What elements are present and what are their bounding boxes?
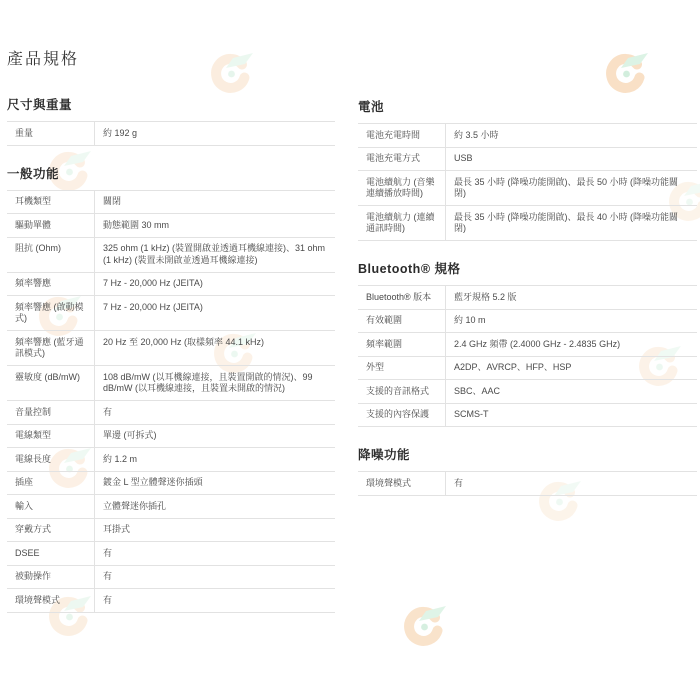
- spec-table: 重量約 192 g: [7, 121, 335, 146]
- spec-value: 立體聲迷你插孔: [95, 495, 336, 519]
- spec-row: 電線類型單邊 (可拆式): [7, 424, 335, 448]
- spec-label: 電線類型: [7, 424, 95, 448]
- spec-row: 重量約 192 g: [7, 122, 335, 146]
- page-title: 產品規格: [7, 49, 335, 71]
- spec-label: 耳機類型: [7, 190, 95, 214]
- spec-row: 插座鍍金 L 型立體聲迷你插頭: [7, 471, 335, 495]
- spec-row: 支援的內容保護SCMS-T: [358, 403, 697, 427]
- spec-row: 阻抗 (Ohm)325 ohm (1 kHz) (裝置開啟並透過耳機線連接)、3…: [7, 237, 335, 272]
- spec-value: 20 Hz 至 20,000 Hz (取樣頻率 44.1 kHz): [95, 331, 336, 366]
- spec-label: 頻率範圍: [358, 333, 446, 357]
- spec-value: 2.4 GHz 頻帶 (2.4000 GHz - 2.4835 GHz): [446, 333, 698, 357]
- spec-label: Bluetooth® 版本: [358, 286, 446, 310]
- spec-table: Bluetooth® 版本藍牙規格 5.2 版有效範圍約 10 m頻率範圍2.4…: [358, 285, 697, 427]
- spec-value: 最長 35 小時 (降噪功能開啟)、最長 40 小時 (降噪功能關閉): [446, 206, 698, 241]
- spec-label: 環境聲模式: [358, 472, 446, 496]
- spec-value: 有: [95, 401, 336, 425]
- spec-label: 支援的音訊格式: [358, 380, 446, 404]
- spec-value: 動態範圍 30 mm: [95, 214, 336, 238]
- spec-value: USB: [446, 147, 698, 171]
- section-heading: 電池: [358, 99, 697, 115]
- spec-row: 輸入立體聲迷你插孔: [7, 495, 335, 519]
- spec-label: 靈敏度 (dB/mW): [7, 366, 95, 401]
- spec-value: 7 Hz - 20,000 Hz (JEITA): [95, 296, 336, 331]
- spec-value: 約 3.5 小時: [446, 124, 698, 148]
- spec-value: 有: [95, 542, 336, 566]
- spec-row: 被動操作有: [7, 565, 335, 589]
- spec-label: 電線長度: [7, 448, 95, 472]
- spec-row: 有效範圍約 10 m: [358, 309, 697, 333]
- section-heading: 尺寸與重量: [7, 97, 335, 113]
- spec-row: DSEE有: [7, 542, 335, 566]
- spec-value: 鍍金 L 型立體聲迷你插頭: [95, 471, 336, 495]
- section-heading: Bluetooth® 規格: [358, 261, 697, 277]
- spec-value: A2DP、AVRCP、HFP、HSP: [446, 356, 698, 380]
- spec-label: 外型: [358, 356, 446, 380]
- spec-label: 頻率響應: [7, 272, 95, 296]
- spec-label: DSEE: [7, 542, 95, 566]
- spec-label: 輸入: [7, 495, 95, 519]
- product-spec-page: 產品規格 尺寸與重量重量約 192 g一般功能耳機類型關閉驅動單體動態範圍 30…: [0, 0, 700, 700]
- spec-label: 頻率響應 (啟動模式): [7, 296, 95, 331]
- spec-label: 音量控制: [7, 401, 95, 425]
- left-sections: 尺寸與重量重量約 192 g一般功能耳機類型關閉驅動單體動態範圍 30 mm阻抗…: [7, 97, 335, 613]
- spec-value: 單邊 (可拆式): [95, 424, 336, 448]
- spec-value: SCMS-T: [446, 403, 698, 427]
- spec-value: 有: [95, 589, 336, 613]
- spec-row: 電池充電方式USB: [358, 147, 697, 171]
- spec-value: 藍牙規格 5.2 版: [446, 286, 698, 310]
- spec-label: 插座: [7, 471, 95, 495]
- left-column: 產品規格 尺寸與重量重量約 192 g一般功能耳機類型關閉驅動單體動態範圍 30…: [7, 49, 335, 613]
- spec-value: 約 192 g: [95, 122, 336, 146]
- spec-label: 電池續航力 (連續通訊時間): [358, 206, 446, 241]
- spec-value: 約 10 m: [446, 309, 698, 333]
- spec-row: 環境聲模式有: [358, 472, 697, 496]
- spec-value: 108 dB/mW (以耳機線連接，且裝置開啟的情況)、99 dB/mW (以耳…: [95, 366, 336, 401]
- spec-row: 耳機類型關閉: [7, 190, 335, 214]
- spec-value: 耳掛式: [95, 518, 336, 542]
- spec-table: 電池充電時間約 3.5 小時電池充電方式USB電池續航力 (音樂連續播放時間)最…: [358, 123, 697, 241]
- spec-label: 電池充電時間: [358, 124, 446, 148]
- spec-row: 驅動單體動態範圍 30 mm: [7, 214, 335, 238]
- spec-row: 頻率響應 (啟動模式)7 Hz - 20,000 Hz (JEITA): [7, 296, 335, 331]
- spec-label: 有效範圍: [358, 309, 446, 333]
- spec-value: 7 Hz - 20,000 Hz (JEITA): [95, 272, 336, 296]
- spec-row: 頻率範圍2.4 GHz 頻帶 (2.4000 GHz - 2.4835 GHz): [358, 333, 697, 357]
- spec-label: 頻率響應 (藍牙通訊模式): [7, 331, 95, 366]
- spec-value: 有: [95, 565, 336, 589]
- spec-row: 頻率響應7 Hz - 20,000 Hz (JEITA): [7, 272, 335, 296]
- spec-row: 支援的音訊格式SBC、AAC: [358, 380, 697, 404]
- spec-row: 外型A2DP、AVRCP、HFP、HSP: [358, 356, 697, 380]
- spec-row: Bluetooth® 版本藍牙規格 5.2 版: [358, 286, 697, 310]
- spec-value: 有: [446, 472, 698, 496]
- section-heading: 降噪功能: [358, 447, 697, 463]
- spec-label: 重量: [7, 122, 95, 146]
- spec-label: 穿戴方式: [7, 518, 95, 542]
- spec-label: 電池續航力 (音樂連續播放時間): [358, 171, 446, 206]
- spec-label: 電池充電方式: [358, 147, 446, 171]
- spec-value: 關閉: [95, 190, 336, 214]
- spec-row: 電池充電時間約 3.5 小時: [358, 124, 697, 148]
- spec-table: 耳機類型關閉驅動單體動態範圍 30 mm阻抗 (Ohm)325 ohm (1 k…: [7, 190, 335, 613]
- section-heading: 一般功能: [7, 166, 335, 182]
- spec-label: 阻抗 (Ohm): [7, 237, 95, 272]
- spec-row: 穿戴方式耳掛式: [7, 518, 335, 542]
- spec-row: 環境聲模式有: [7, 589, 335, 613]
- spec-value: 最長 35 小時 (降噪功能開啟)、最長 50 小時 (降噪功能關閉): [446, 171, 698, 206]
- spec-row: 靈敏度 (dB/mW)108 dB/mW (以耳機線連接，且裝置開啟的情況)、9…: [7, 366, 335, 401]
- spec-value: 約 1.2 m: [95, 448, 336, 472]
- spec-row: 音量控制有: [7, 401, 335, 425]
- spec-value: SBC、AAC: [446, 380, 698, 404]
- spec-value: 325 ohm (1 kHz) (裝置開啟並透過耳機線連接)、31 ohm (1…: [95, 237, 336, 272]
- spec-label: 環境聲模式: [7, 589, 95, 613]
- right-column: 電池電池充電時間約 3.5 小時電池充電方式USB電池續航力 (音樂連續播放時間…: [358, 99, 697, 496]
- spec-label: 驅動單體: [7, 214, 95, 238]
- spec-row: 電池續航力 (音樂連續播放時間)最長 35 小時 (降噪功能開啟)、最長 50 …: [358, 171, 697, 206]
- spec-row: 電線長度約 1.2 m: [7, 448, 335, 472]
- right-sections: 電池電池充電時間約 3.5 小時電池充電方式USB電池續航力 (音樂連續播放時間…: [358, 99, 697, 496]
- spec-row: 電池續航力 (連續通訊時間)最長 35 小時 (降噪功能開啟)、最長 40 小時…: [358, 206, 697, 241]
- spec-row: 頻率響應 (藍牙通訊模式)20 Hz 至 20,000 Hz (取樣頻率 44.…: [7, 331, 335, 366]
- spec-label: 支援的內容保護: [358, 403, 446, 427]
- spec-label: 被動操作: [7, 565, 95, 589]
- spec-table: 環境聲模式有: [358, 471, 697, 496]
